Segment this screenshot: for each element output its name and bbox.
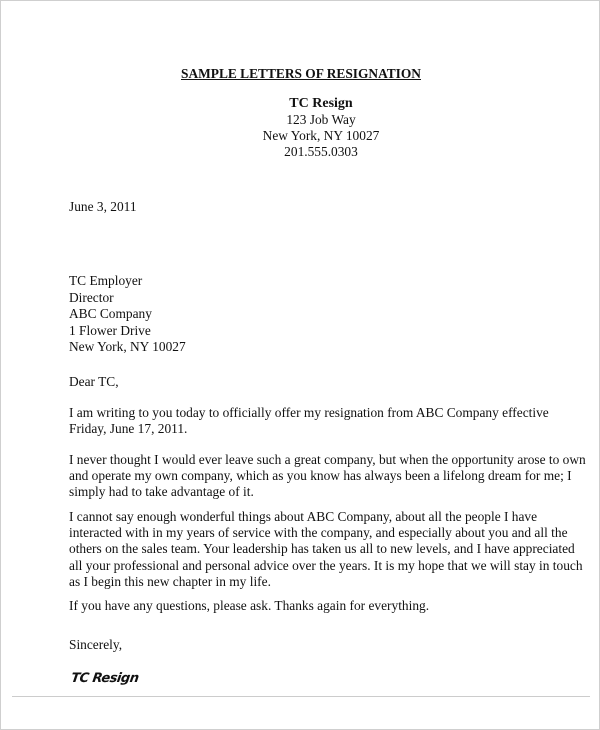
sender-street: 123 Job Way	[1, 112, 600, 128]
paragraph-resignation-notice: I am writing to you today to officially …	[69, 405, 539, 437]
recipient-title: Director	[69, 290, 186, 307]
signature: TC Resign	[70, 671, 140, 687]
recipient-name: TC Employer	[69, 273, 186, 290]
sender-block: TC Resign 123 Job Way New York, NY 10027…	[1, 96, 600, 160]
document-title: SAMPLE LETTERS OF RESIGNATION	[1, 66, 600, 82]
paragraph-line: interacted with in my years of service w…	[69, 525, 539, 541]
paragraph-line: others on the sales team. Your leadershi…	[69, 541, 539, 557]
sender-city: New York, NY 10027	[1, 128, 600, 144]
paragraph-closing-remark: If you have any questions, please ask. T…	[69, 598, 539, 614]
paragraph-line: as I begin this new chapter in my life.	[69, 574, 539, 590]
paragraph-line: simply had to take advantage of it.	[69, 484, 539, 500]
footer-divider	[12, 696, 590, 697]
paragraph-reason: I never thought I would ever leave such …	[69, 452, 539, 501]
paragraph-line: I am writing to you today to officially …	[69, 405, 539, 421]
recipient-city: New York, NY 10027	[69, 339, 186, 356]
sender-name: TC Resign	[1, 96, 600, 112]
recipient-street: 1 Flower Drive	[69, 323, 186, 340]
closing: Sincerely,	[69, 637, 122, 653]
recipient-block: TC Employer Director ABC Company 1 Flowe…	[69, 273, 186, 356]
paragraph-line: and operate my own company, which as you…	[69, 468, 539, 484]
paragraph-line: I never thought I would ever leave such …	[69, 452, 539, 468]
paragraph-line: Friday, June 17, 2011.	[69, 421, 539, 437]
paragraph-line: all your professional and personal advic…	[69, 558, 539, 574]
paragraph-line: I cannot say enough wonderful things abo…	[69, 509, 539, 525]
letter-page: SAMPLE LETTERS OF RESIGNATION TC Resign …	[0, 0, 600, 730]
sender-phone: 201.555.0303	[1, 144, 600, 160]
salutation: Dear TC,	[69, 374, 119, 390]
paragraph-gratitude: I cannot say enough wonderful things abo…	[69, 509, 539, 590]
recipient-company: ABC Company	[69, 306, 186, 323]
letter-date: June 3, 2011	[69, 199, 137, 215]
paragraph-line: If you have any questions, please ask. T…	[69, 598, 539, 614]
